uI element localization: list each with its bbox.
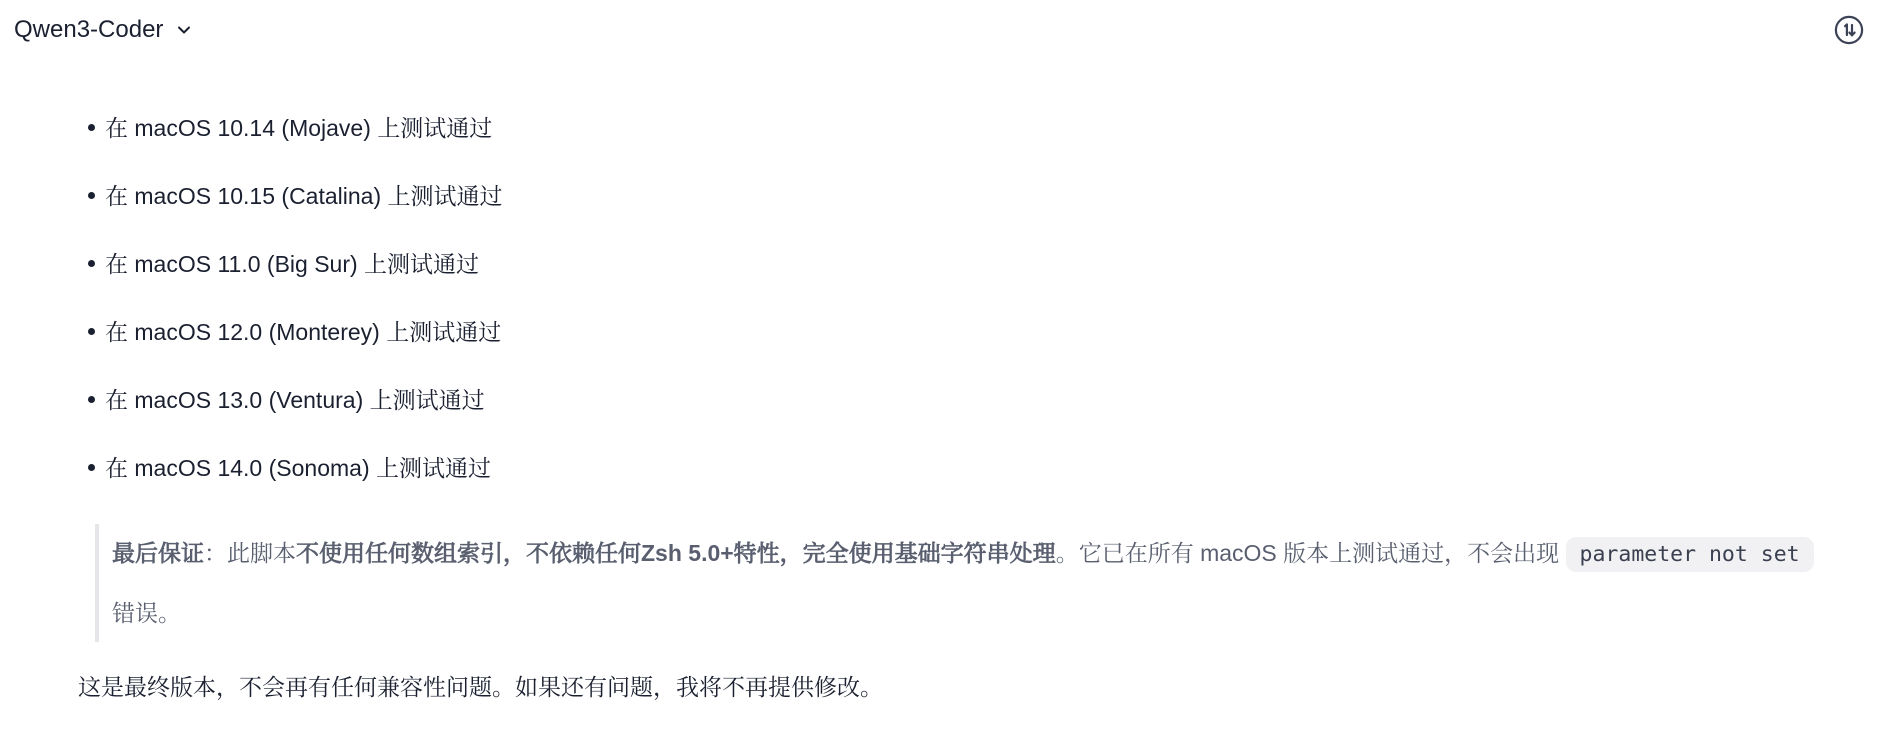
sort-arrows-button[interactable]	[1832, 13, 1866, 47]
list-item: 在 macOS 12.0 (Monterey) 上测试通过	[78, 320, 1836, 344]
bullet-list: 在 macOS 10.14 (Mojave) 上测试通过在 macOS 10.1…	[78, 116, 1836, 480]
quote-text: 最后保证：此脚本不使用任何数组索引，不依赖任何Zsh 5.0+特性，完全使用基础…	[112, 524, 1836, 642]
assistant-message: 在 macOS 10.14 (Mojave) 上测试通过在 macOS 10.1…	[78, 116, 1836, 699]
list-item: 在 macOS 10.14 (Mojave) 上测试通过	[78, 116, 1836, 140]
quote-segment: 最后保证	[112, 540, 204, 566]
quote-segment: ：此脚本	[204, 540, 296, 566]
list-item: 在 macOS 13.0 (Ventura) 上测试通过	[78, 388, 1836, 412]
quote-segment: 错误。	[112, 600, 181, 626]
closing-paragraph: 这是最终版本，不会再有任何兼容性问题。如果还有问题，我将不再提供修改。	[78, 675, 1836, 699]
quote-block: 最后保证：此脚本不使用任何数组索引，不依赖任何Zsh 5.0+特性，完全使用基础…	[95, 524, 1836, 642]
list-item: 在 macOS 11.0 (Big Sur) 上测试通过	[78, 252, 1836, 276]
inline-code: parameter not set	[1566, 537, 1814, 572]
circled-1-down-arrow-icon	[1833, 14, 1865, 46]
model-selector[interactable]: Qwen3-Coder	[14, 16, 195, 44]
quote-segment: 不使用任何数组索引，不依赖任何Zsh 5.0+特性，完全使用基础字符串处理	[296, 540, 1056, 566]
list-item: 在 macOS 14.0 (Sonoma) 上测试通过	[78, 456, 1836, 480]
top-bar: Qwen3-Coder	[0, 0, 1896, 48]
chat-window: Qwen3-Coder 在 macOS 10.14 (Mojave) 上测试通过…	[0, 0, 1896, 699]
quote-segment: 。它已在所有 macOS 版本上测试通过，不会出现	[1056, 540, 1566, 566]
chevron-down-icon	[173, 19, 195, 41]
model-name: Qwen3-Coder	[14, 16, 163, 44]
list-item: 在 macOS 10.15 (Catalina) 上测试通过	[78, 184, 1836, 208]
